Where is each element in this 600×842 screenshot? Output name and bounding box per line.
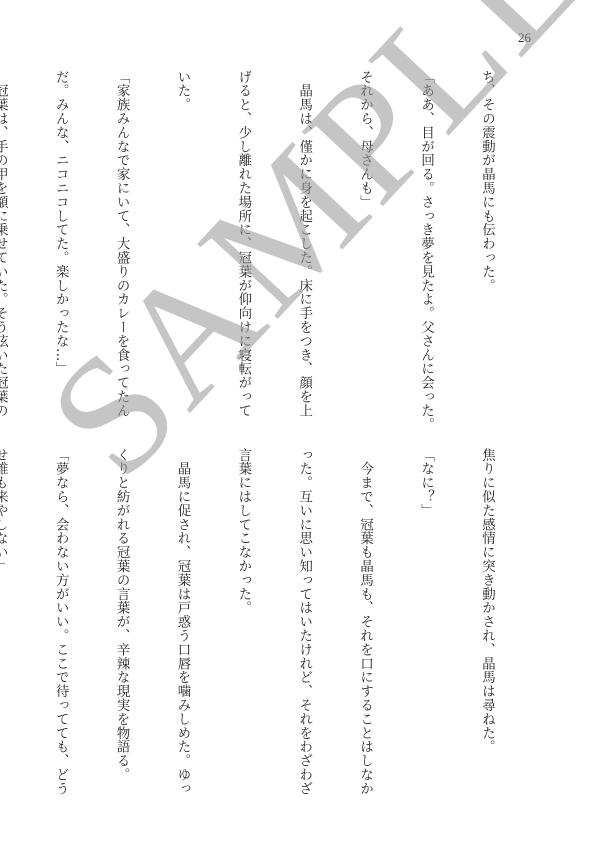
text-line: 「家族みんなで家にいて、大盛りのカレーを食ってたん [111, 70, 131, 415]
text-line: 焦りに似た感情に突き動かされ、晶馬は尋ねた。 [476, 448, 496, 793]
text-line: いた。 [172, 70, 192, 415]
text-line: 晶馬は、僅かに身を起こした。床に手をつき、顔を上 [293, 70, 313, 415]
text-line: ち、その震動が晶馬にも伝わった。 [476, 70, 496, 415]
text-line: それから、母さんも」 [354, 70, 374, 415]
text-line: 「ああ、目が回る。さっき夢を見たよ。父さんに会った。 [415, 70, 435, 415]
text-line: った。互いに思い知ってはいたけれど、それをわざわざ [293, 448, 313, 793]
text-line: 言葉にはしてこなかった。 [233, 448, 253, 793]
text-line: げると、少し離れた場所に、冠葉が仰向けに寝転がって [233, 70, 253, 415]
text-line: くりと紡がれる冠葉の言葉が、辛辣な現実を物語る。 [111, 448, 131, 793]
text-line: 晶馬に促され、冠葉は戸惑う口唇を噛みしめた。ゆっ [172, 448, 192, 793]
text-line: せ誰も来やしない」 [0, 448, 9, 793]
text-line: だ。みんな、ニコニコしてた。楽しかったな…」 [50, 70, 70, 415]
text-line: 今まで、冠葉も晶馬も、それを口にすることはしなか [354, 448, 374, 793]
text-block-top: ち、その震動が晶馬にも伝わった。 「ああ、目が回る。さっき夢を見たよ。父さんに会… [0, 70, 537, 415]
text-line: 「なに？」 [415, 448, 435, 793]
page-number: 26 [518, 30, 531, 46]
text-block-bottom: 焦りに似た感情に突き動かされ、晶馬は尋ねた。 「なに？」 今まで、冠葉も晶馬も、… [0, 448, 537, 793]
text-line: 冠葉は、手の甲を額に乗せていた。そう呟いた冠葉の [0, 70, 9, 415]
text-line: 「夢なら、会わない方がいい。ここで待ってても、どう [50, 448, 70, 793]
